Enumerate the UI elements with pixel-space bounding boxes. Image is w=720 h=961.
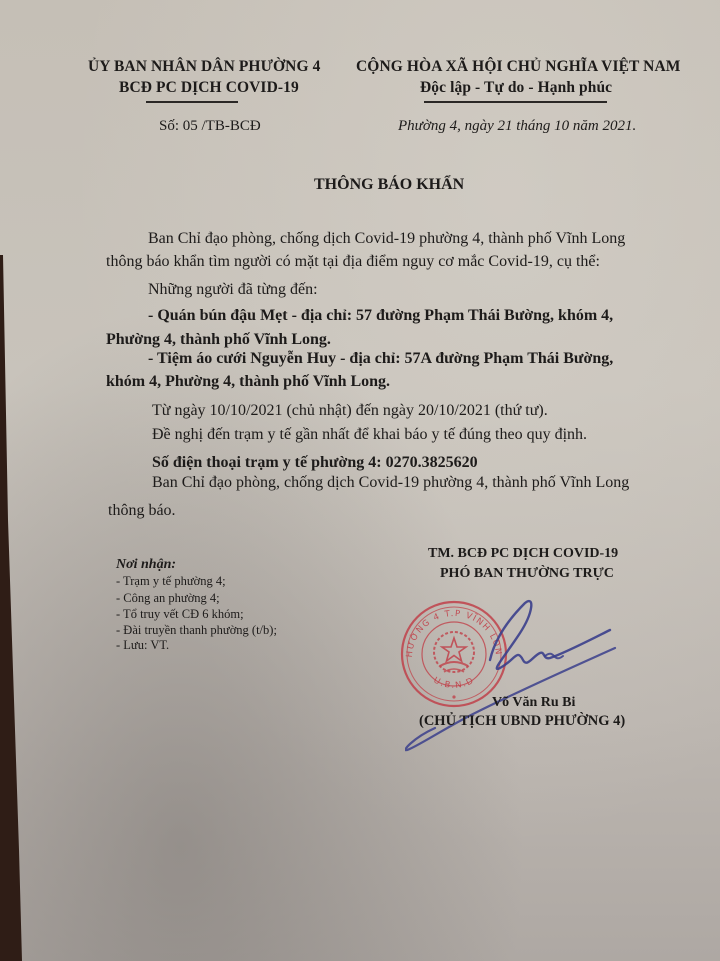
intro-line-1: Ban Chỉ đạo phòng, chống dịch Covid-19 p…: [148, 230, 625, 248]
closing-line-1: Ban Chỉ đạo phòng, chống dịch Covid-19 p…: [152, 474, 629, 492]
location-1-line-1: - Quán bún đậu Mẹt - địa chỉ: 57 đường P…: [148, 307, 613, 325]
signature-title: PHÓ BAN THƯỜNG TRỰC: [440, 566, 614, 582]
recipient-item: - Trạm y tế phường 4;: [116, 574, 226, 590]
header-right-underline: [424, 101, 607, 103]
recipient-item: - Tổ truy vết CĐ 6 khóm;: [116, 607, 244, 623]
desk-edge: [0, 0, 30, 961]
header-left-committee: BCĐ PC DỊCH COVID-19: [119, 79, 299, 97]
phone-line: Số điện thoại trạm y tế phường 4: 0270.3…: [152, 454, 478, 472]
header-left-underline: [146, 101, 238, 103]
intro-line-2: thông báo khẩn tìm người có mặt tại địa …: [106, 253, 600, 271]
header-right-country: CỘNG HÒA XÃ HỘI CHỦ NGHĨA VIỆT NAM: [356, 58, 681, 76]
signer-role: (CHỦ TỊCH UBND PHƯỜNG 4): [419, 713, 625, 730]
document-date: Phường 4, ngày 21 tháng 10 năm 2021.: [398, 118, 636, 135]
document-title: THÔNG BÁO KHẨN: [314, 176, 464, 194]
recipient-item: - Lưu: VT.: [116, 638, 169, 654]
header-right-motto: Độc lập - Tự do - Hạnh phúc: [420, 79, 612, 97]
signature-org: TM. BCĐ PC DỊCH COVID-19: [428, 546, 618, 562]
closing-line-2: thông báo.: [108, 502, 176, 520]
request-line: Đề nghị đến trạm y tế gần nhất để khai b…: [152, 426, 587, 444]
date-range: Từ ngày 10/10/2021 (chủ nhật) đến ngày 2…: [152, 402, 548, 420]
signer-name: Võ Văn Ru Bi: [492, 695, 575, 711]
recipient-item: - Công an phường 4;: [116, 591, 220, 607]
location-1-line-2: Phường 4, thành phố Vĩnh Long.: [106, 331, 331, 349]
recipients-label: Nơi nhận:: [116, 557, 176, 573]
location-2-line-1: - Tiệm áo cưới Nguyễn Huy - địa chỉ: 57A…: [148, 350, 613, 368]
handwritten-signature-icon: [405, 598, 635, 758]
header-left-agency: ỦY BAN NHÂN DÂN PHƯỜNG 4: [88, 58, 320, 76]
recipient-item: - Đài truyền thanh phường (t/b);: [116, 623, 277, 639]
document-number: Số: 05 /TB-BCĐ: [159, 118, 261, 135]
visited-label: Những người đã từng đến:: [148, 281, 318, 299]
location-2-line-2: khóm 4, Phường 4, thành phố Vĩnh Long.: [106, 373, 390, 391]
